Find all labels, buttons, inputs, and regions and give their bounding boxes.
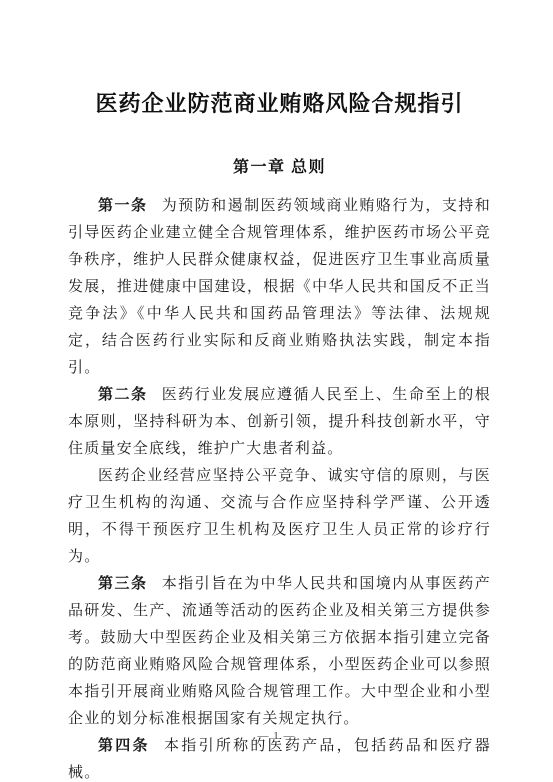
document-title: 医药企业防范商业贿赂风险合规指引 — [68, 90, 491, 118]
page-number: — 1 — — [0, 730, 553, 742]
paragraph-article-3: 第三条本指引旨在为中华人民共和国境内从事医药产品研发、生产、流通等活动的医药企业… — [68, 571, 491, 733]
paragraph-article-2-continued: 医药企业经营应坚持公平竞争、诚实守信的原则，与医疗卫生机构的沟通、交流与合作应坚… — [68, 463, 491, 571]
paragraph-text: 医药企业经营应坚持公平竞争、诚实守信的原则，与医疗卫生机构的沟通、交流与合作应坚… — [68, 468, 491, 565]
article-label: 第三条 — [98, 576, 147, 592]
article-label: 第二条 — [98, 387, 147, 403]
paragraph-article-1: 第一条为预防和遏制医药领域商业贿赂行为，支持和引导医药企业建立健全合规管理体系，… — [68, 193, 491, 382]
paragraph-article-2: 第二条医药行业发展应遵循人民至上、生命至上的根本原则，坚持科研为本、创新引领，提… — [68, 382, 491, 463]
article-label: 第一条 — [98, 198, 147, 214]
paragraph-text: 本指引旨在为中华人民共和国境内从事医药产品研发、生产、流通等活动的医药企业及相关… — [68, 576, 491, 727]
paragraph-text: 为预防和遏制医药领域商业贿赂行为，支持和引导医药企业建立健全合规管理体系，维护医… — [68, 198, 491, 376]
document-page: 医药企业防范商业贿赂风险合规指引 第一章 总则 第一条为预防和遏制医药领域商业贿… — [0, 0, 553, 782]
chapter-heading: 第一章 总则 — [68, 154, 491, 177]
document-body: 第一条为预防和遏制医药领域商业贿赂行为，支持和引导医药企业建立健全合规管理体系，… — [68, 193, 491, 782]
